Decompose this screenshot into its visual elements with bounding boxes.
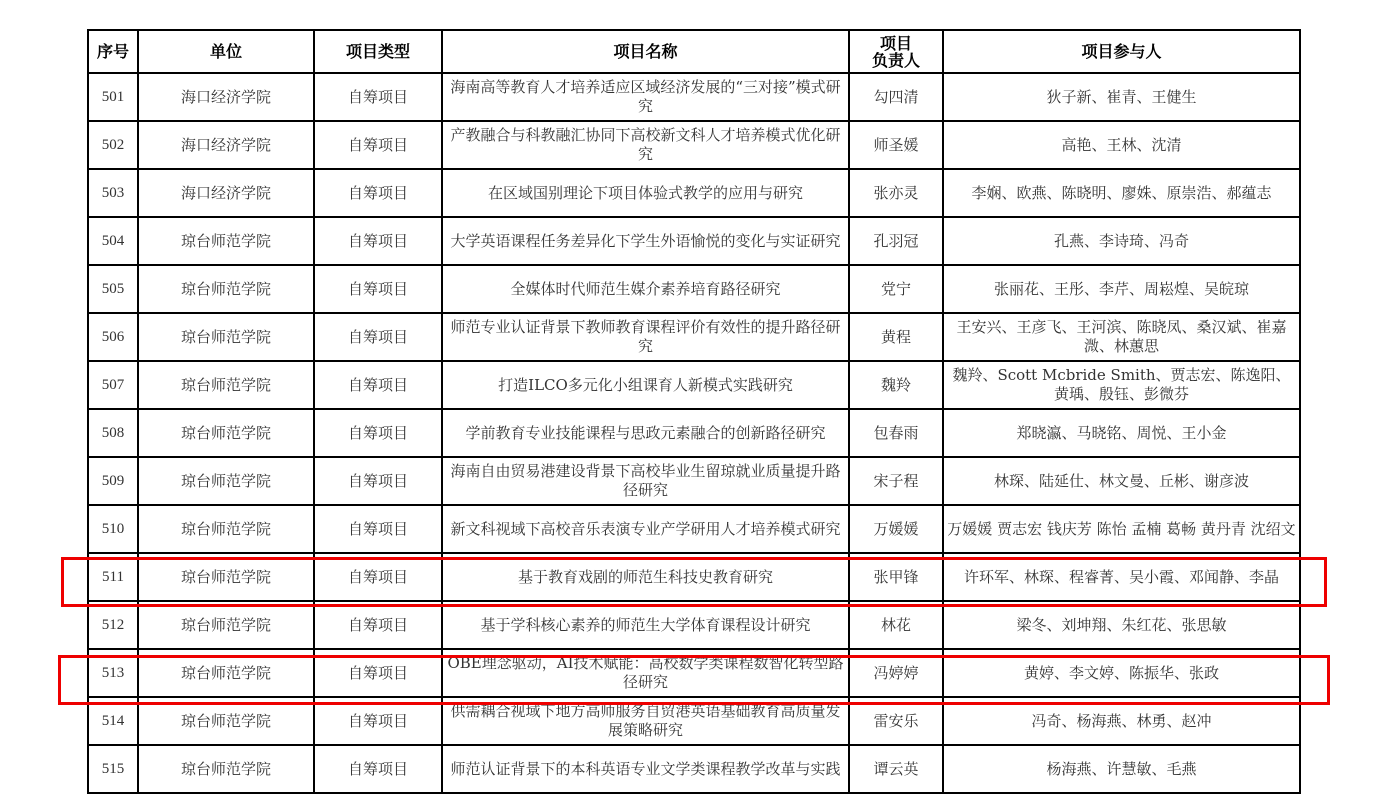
- table-row: 512琼台师范学院自筹项目基于学科核心素养的师范生大学体育课程设计研究林花梁冬、…: [88, 601, 1300, 649]
- cell-leader: 孔羽冠: [849, 217, 943, 265]
- table-row: 505琼台师范学院自筹项目全媒体时代师范生媒介素养培育路径研究党宁张丽花、王彤、…: [88, 265, 1300, 313]
- cell-index: 512: [88, 601, 138, 649]
- cell-unit: 琼台师范学院: [138, 265, 314, 313]
- cell-index: 502: [88, 121, 138, 169]
- cell-type: 自筹项目: [314, 361, 442, 409]
- cell-project-name: OBE理念驱动，AI技术赋能：高校数学类课程数智化转型路径研究: [442, 649, 849, 697]
- cell-type: 自筹项目: [314, 601, 442, 649]
- cell-unit: 琼台师范学院: [138, 457, 314, 505]
- cell-project-name: 海南自由贸易港建设背景下高校毕业生留琼就业质量提升路径研究: [442, 457, 849, 505]
- cell-index: 503: [88, 169, 138, 217]
- table-row: 502海口经济学院自筹项目产教融合与科教融汇协同下高校新文科人才培养模式优化研究…: [88, 121, 1300, 169]
- table-row: 508琼台师范学院自筹项目学前教育专业技能课程与思政元素融合的创新路径研究包春雨…: [88, 409, 1300, 457]
- cell-leader: 张甲锋: [849, 553, 943, 601]
- cell-leader: 师圣媛: [849, 121, 943, 169]
- cell-participants: 梁冬、刘坤翔、朱红花、张思敏: [943, 601, 1300, 649]
- table-row: 509琼台师范学院自筹项目海南自由贸易港建设背景下高校毕业生留琼就业质量提升路径…: [88, 457, 1300, 505]
- cell-leader: 谭云英: [849, 745, 943, 793]
- cell-index: 507: [88, 361, 138, 409]
- cell-type: 自筹项目: [314, 121, 442, 169]
- header-name: 项目名称: [442, 30, 849, 73]
- header-type: 项目类型: [314, 30, 442, 73]
- cell-unit: 琼台师范学院: [138, 217, 314, 265]
- header-row: 序号 单位 项目类型 项目名称 项目负责人 项目参与人: [88, 30, 1300, 73]
- cell-participants: 李娴、欧燕、陈晓明、廖姝、原崇浩、郝蕴志: [943, 169, 1300, 217]
- cell-participants: 万媛媛 贾志宏 钱庆芳 陈怡 孟楠 葛畅 黄丹青 沈绍文: [943, 505, 1300, 553]
- cell-type: 自筹项目: [314, 553, 442, 601]
- cell-leader: 张亦灵: [849, 169, 943, 217]
- header-index: 序号: [88, 30, 138, 73]
- cell-unit: 琼台师范学院: [138, 601, 314, 649]
- cell-unit: 琼台师范学院: [138, 505, 314, 553]
- cell-index: 515: [88, 745, 138, 793]
- cell-index: 505: [88, 265, 138, 313]
- cell-participants: 许环军、林琛、程睿菁、吴小霞、邓闻静、李晶: [943, 553, 1300, 601]
- cell-participants: 高艳、王林、沈清: [943, 121, 1300, 169]
- table-row-highlighted: 511琼台师范学院自筹项目基于教育戏剧的师范生科技史教育研究张甲锋许环军、林琛、…: [88, 553, 1300, 601]
- cell-unit: 琼台师范学院: [138, 553, 314, 601]
- cell-project-name: 产教融合与科教融汇协同下高校新文科人才培养模式优化研究: [442, 121, 849, 169]
- cell-type: 自筹项目: [314, 217, 442, 265]
- cell-participants: 郑晓瀛、马晓铭、周悦、王小金: [943, 409, 1300, 457]
- cell-unit: 琼台师范学院: [138, 361, 314, 409]
- cell-index: 509: [88, 457, 138, 505]
- table-row: 504琼台师范学院自筹项目大学英语课程任务差异化下学生外语愉悦的变化与实证研究孔…: [88, 217, 1300, 265]
- cell-type: 自筹项目: [314, 505, 442, 553]
- cell-unit: 海口经济学院: [138, 73, 314, 121]
- cell-project-name: 供需耦合视域下地方高师服务自贸港英语基础教育高质量发展策略研究: [442, 697, 849, 745]
- cell-index: 513: [88, 649, 138, 697]
- table-row: 506琼台师范学院自筹项目师范专业认证背景下教师教育课程评价有效性的提升路径研究…: [88, 313, 1300, 361]
- cell-unit: 海口经济学院: [138, 121, 314, 169]
- cell-project-name: 全媒体时代师范生媒介素养培育路径研究: [442, 265, 849, 313]
- cell-type: 自筹项目: [314, 745, 442, 793]
- cell-project-name: 基于学科核心素养的师范生大学体育课程设计研究: [442, 601, 849, 649]
- cell-type: 自筹项目: [314, 409, 442, 457]
- cell-leader: 万媛媛: [849, 505, 943, 553]
- cell-project-name: 师范专业认证背景下教师教育课程评价有效性的提升路径研究: [442, 313, 849, 361]
- cell-index: 506: [88, 313, 138, 361]
- cell-leader: 宋子程: [849, 457, 943, 505]
- cell-participants: 魏羚、Scott Mcbride Smith、贾志宏、陈逸阳、黄瑀、殷钰、彭微芬: [943, 361, 1300, 409]
- project-table: 序号 单位 项目类型 项目名称 项目负责人 项目参与人 501海口经济学院自筹项…: [87, 29, 1301, 794]
- table-row: 510琼台师范学院自筹项目新文科视域下高校音乐表演专业产学研用人才培养模式研究万…: [88, 505, 1300, 553]
- header-leader-line2: 负责人: [872, 51, 920, 70]
- cell-index: 504: [88, 217, 138, 265]
- table-row: 503海口经济学院自筹项目在区域国别理论下项目体验式教学的应用与研究张亦灵李娴、…: [88, 169, 1300, 217]
- cell-index: 514: [88, 697, 138, 745]
- table-row: 514琼台师范学院自筹项目供需耦合视域下地方高师服务自贸港英语基础教育高质量发展…: [88, 697, 1300, 745]
- cell-participants: 杨海燕、许慧敏、毛燕: [943, 745, 1300, 793]
- cell-participants: 冯奇、杨海燕、林勇、赵冲: [943, 697, 1300, 745]
- cell-index: 511: [88, 553, 138, 601]
- cell-unit: 琼台师范学院: [138, 649, 314, 697]
- cell-type: 自筹项目: [314, 73, 442, 121]
- cell-index: 501: [88, 73, 138, 121]
- cell-leader: 黄程: [849, 313, 943, 361]
- cell-project-name: 大学英语课程任务差异化下学生外语愉悦的变化与实证研究: [442, 217, 849, 265]
- cell-type: 自筹项目: [314, 265, 442, 313]
- cell-type: 自筹项目: [314, 649, 442, 697]
- cell-project-name: 新文科视域下高校音乐表演专业产学研用人才培养模式研究: [442, 505, 849, 553]
- table-row: 501海口经济学院自筹项目海南高等教育人才培养适应区域经济发展的“三对接”模式研…: [88, 73, 1300, 121]
- cell-project-name: 在区域国别理论下项目体验式教学的应用与研究: [442, 169, 849, 217]
- table-row: 515琼台师范学院自筹项目师范认证背景下的本科英语专业文学类课程教学改革与实践谭…: [88, 745, 1300, 793]
- header-participants: 项目参与人: [943, 30, 1300, 73]
- cell-type: 自筹项目: [314, 457, 442, 505]
- cell-leader: 林花: [849, 601, 943, 649]
- cell-type: 自筹项目: [314, 697, 442, 745]
- table-row-highlighted: 513琼台师范学院自筹项目OBE理念驱动，AI技术赋能：高校数学类课程数智化转型…: [88, 649, 1300, 697]
- cell-unit: 琼台师范学院: [138, 313, 314, 361]
- cell-leader: 冯婷婷: [849, 649, 943, 697]
- header-leader: 项目负责人: [849, 30, 943, 73]
- cell-type: 自筹项目: [314, 169, 442, 217]
- cell-index: 508: [88, 409, 138, 457]
- cell-leader: 包春雨: [849, 409, 943, 457]
- cell-leader: 勾四清: [849, 73, 943, 121]
- cell-unit: 海口经济学院: [138, 169, 314, 217]
- cell-participants: 王安兴、王彦飞、王河滨、陈晓凤、桑汉斌、崔嘉溦、林蕙思: [943, 313, 1300, 361]
- cell-leader: 魏羚: [849, 361, 943, 409]
- cell-unit: 琼台师范学院: [138, 745, 314, 793]
- cell-participants: 孔燕、李诗琦、冯奇: [943, 217, 1300, 265]
- cell-type: 自筹项目: [314, 313, 442, 361]
- cell-unit: 琼台师范学院: [138, 697, 314, 745]
- cell-leader: 党宁: [849, 265, 943, 313]
- cell-project-name: 打造ILCO多元化小组课育人新模式实践研究: [442, 361, 849, 409]
- cell-participants: 林琛、陆延仕、林文曼、丘彬、谢彦波: [943, 457, 1300, 505]
- cell-unit: 琼台师范学院: [138, 409, 314, 457]
- table-row: 507琼台师范学院自筹项目打造ILCO多元化小组课育人新模式实践研究魏羚魏羚、S…: [88, 361, 1300, 409]
- cell-project-name: 海南高等教育人才培养适应区域经济发展的“三对接”模式研究: [442, 73, 849, 121]
- cell-index: 510: [88, 505, 138, 553]
- header-unit: 单位: [138, 30, 314, 73]
- cell-participants: 狄子新、崔青、王健生: [943, 73, 1300, 121]
- cell-project-name: 基于教育戏剧的师范生科技史教育研究: [442, 553, 849, 601]
- cell-participants: 张丽花、王彤、李芹、周崧煌、吴皖琼: [943, 265, 1300, 313]
- cell-project-name: 师范认证背景下的本科英语专业文学类课程教学改革与实践: [442, 745, 849, 793]
- cell-leader: 雷安乐: [849, 697, 943, 745]
- cell-participants: 黄婷、李文婷、陈振华、张政: [943, 649, 1300, 697]
- cell-project-name: 学前教育专业技能课程与思政元素融合的创新路径研究: [442, 409, 849, 457]
